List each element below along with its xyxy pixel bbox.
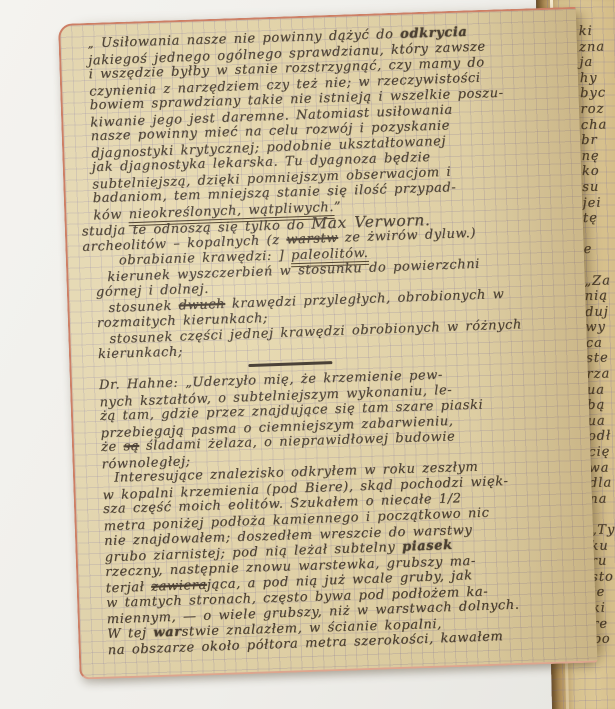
next-page-fragment: ua <box>587 413 614 429</box>
next-page-fragment: jei <box>582 195 609 211</box>
handwriting-text: piasek <box>402 538 453 555</box>
struck-text: warstw <box>286 231 338 248</box>
next-page-fragment: odł <box>588 429 615 445</box>
next-page-fragment <box>584 257 611 273</box>
notebook-page: „Usiłowania nasze nie powinny dążyć do o… <box>58 7 597 680</box>
next-page-fragment: cha <box>581 117 608 133</box>
handwriting-text: odkrycia <box>400 25 468 42</box>
next-page-fragment: ua <box>587 382 614 398</box>
next-page-fragment: duj <box>585 304 612 320</box>
next-page-fragment: rza <box>586 366 613 382</box>
struck-text: dwuch <box>178 297 225 314</box>
manuscript-text: „Usiłowania nasze nie powinny dążyć do o… <box>87 21 590 659</box>
struck-text: są <box>123 439 139 454</box>
next-page-fragment: zna <box>579 39 606 55</box>
next-page-fragment: dla <box>589 476 615 492</box>
next-page-fragment: bą <box>587 398 614 414</box>
next-page-fragment: „Za <box>584 273 611 289</box>
next-page-fragment: nę <box>581 148 608 164</box>
next-page-fragment: ste <box>586 351 613 367</box>
handwriting-text: ków <box>93 207 129 223</box>
next-page-fragment: nią <box>585 289 612 305</box>
next-page-fragment: ca <box>586 335 613 351</box>
next-page-fragment: ko <box>582 164 609 180</box>
next-page-fragment: su <box>582 179 609 195</box>
next-page-fragment <box>583 226 610 242</box>
next-page-fragment: br <box>581 133 608 149</box>
next-page-fragment: tę <box>583 211 610 227</box>
next-page-fragment: na <box>589 491 615 507</box>
next-page-fragment <box>589 507 615 523</box>
next-page-fragment: ki <box>579 23 606 39</box>
margin-mark: „ <box>87 37 94 50</box>
separator-line <box>248 362 332 368</box>
handwriting-text: ” <box>334 200 342 215</box>
next-page-fragment: cię <box>588 444 615 460</box>
handwriting-text: war <box>153 624 182 640</box>
handwriting-text: że <box>101 440 124 456</box>
next-page-fragment: wy <box>585 320 612 336</box>
next-page-fragment: byc <box>580 86 607 102</box>
next-page-fragment: wa <box>588 460 615 476</box>
next-page-fragment: „Ty <box>590 522 615 538</box>
next-page-fragment: e <box>583 242 610 258</box>
next-page-fragment: ja <box>579 55 606 71</box>
next-page-fragment: roz <box>580 101 607 117</box>
next-page-fragment: hy <box>580 70 607 86</box>
handwriting-text: kierunkach; <box>98 344 183 362</box>
next-page-fragment: ku <box>590 538 615 554</box>
notebook-photo: kiznajahybycrozchabrnękosujeitęe„Zaniądu… <box>0 0 615 709</box>
handwriting-text: W tej <box>107 625 154 641</box>
